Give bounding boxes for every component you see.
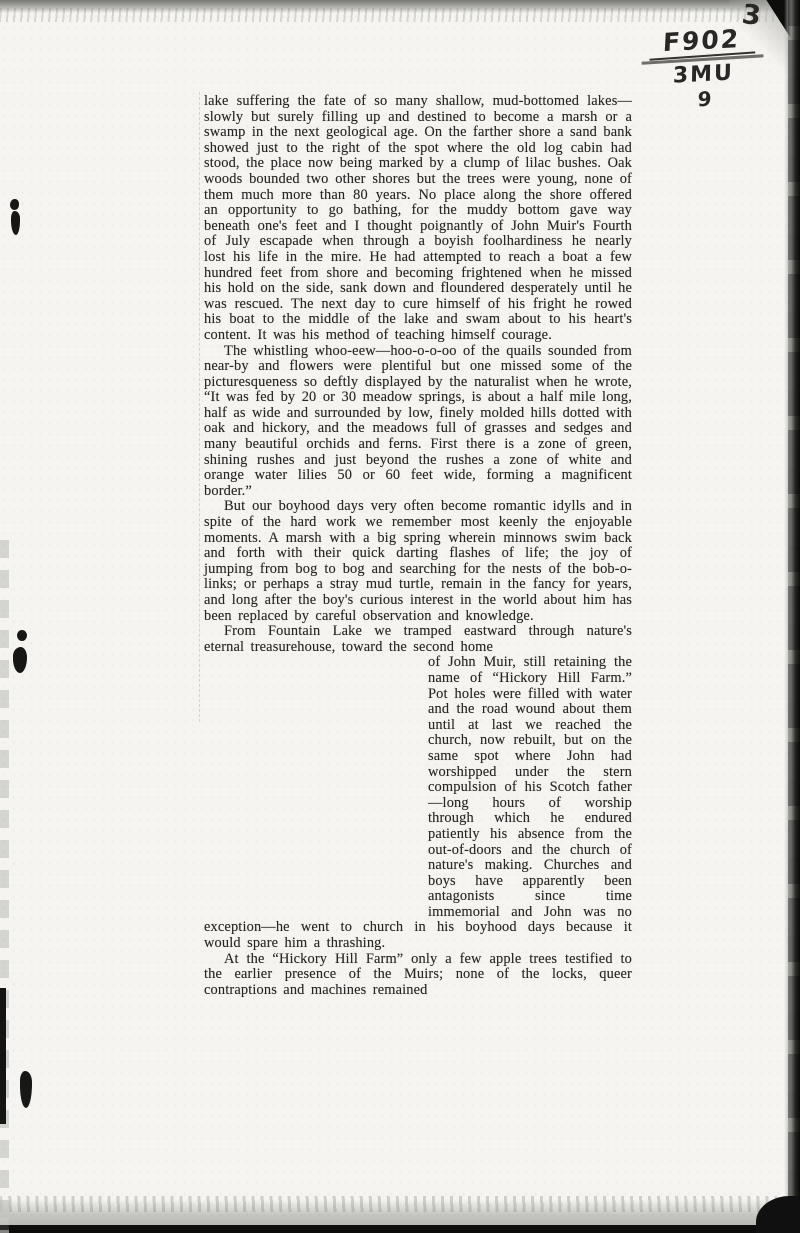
paragraph: At the “Hickory Hill Farm” only a few ap… <box>204 952 632 999</box>
article-clipping: lake suffering the fate of so many shall… <box>204 94 632 998</box>
scan-bottom-black-bar <box>0 1225 800 1233</box>
handwritten-archive-code: F902 3MU 9 <box>646 23 760 114</box>
paragraph: But our boyhood days very often become r… <box>204 499 632 624</box>
paragraph: lake suffering the fate of so many shall… <box>204 94 632 344</box>
scan-left-black-strip <box>0 988 6 1124</box>
wrapped-text-section: of John Muir, still retaining the name o… <box>204 655 632 951</box>
clipping-edge-line <box>199 92 200 722</box>
ink-mark <box>10 199 19 210</box>
scan-right-edge-noise <box>788 0 800 1233</box>
scan-left-edge <box>0 540 9 1233</box>
archive-code-line3: 9 <box>649 84 760 114</box>
ink-mark <box>11 211 20 235</box>
paragraph: From Fountain Lake we tramped eastward t… <box>204 624 632 655</box>
scan-bottom-edge-noise <box>0 1196 800 1212</box>
scan-top-edge-noise <box>0 8 800 22</box>
ink-mark <box>17 630 27 641</box>
paragraph: The whistling whoo-eew—hoo-o-o-oo of the… <box>204 344 632 500</box>
photo-void-area <box>204 655 428 913</box>
ink-mark <box>13 647 27 673</box>
ink-mark <box>20 1071 32 1108</box>
